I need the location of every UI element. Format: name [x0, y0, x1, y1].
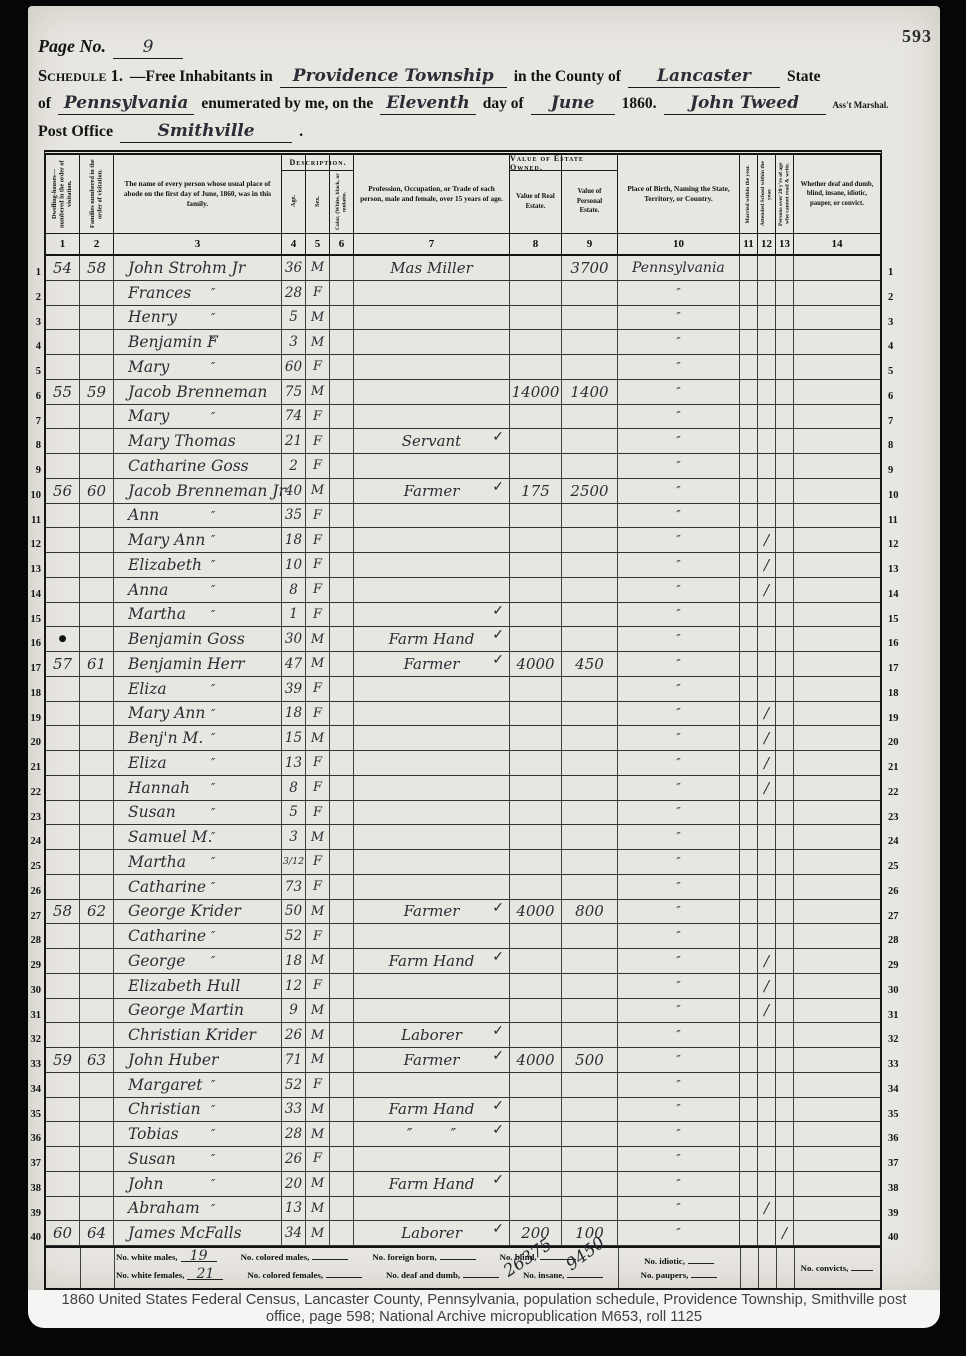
dwelling-cell — [46, 1073, 80, 1098]
table-row: Susan″5F″ — [46, 801, 880, 826]
dwelling-cell — [46, 306, 80, 331]
married-cell — [740, 900, 758, 925]
occupation-cell: Laborer✓ — [354, 1023, 510, 1048]
row-number: 1 — [36, 261, 41, 286]
cannot-read-cell — [776, 949, 794, 974]
color-cell — [330, 1147, 354, 1172]
name-cell: Abraham″ — [114, 1197, 282, 1222]
occupation-cell — [354, 454, 510, 479]
age-cell: 60 — [282, 355, 306, 380]
occupation-cell — [354, 776, 510, 801]
married-cell — [740, 1073, 758, 1098]
dwelling-cell — [46, 677, 80, 702]
real-estate-cell — [510, 256, 562, 281]
table-row: ●Benjamin Goss30MFarm Hand✓″ — [46, 627, 880, 652]
real-estate-cell — [510, 306, 562, 331]
cannot-read-cell — [776, 900, 794, 925]
sex-cell: M — [306, 1023, 330, 1048]
occupation-cell — [354, 355, 510, 380]
married-cell — [740, 454, 758, 479]
age-cell: 5 — [282, 306, 306, 331]
real-estate-cell — [510, 726, 562, 751]
school-cell — [758, 256, 776, 281]
married-cell — [740, 751, 758, 776]
school-cell — [758, 355, 776, 380]
color-cell — [330, 924, 354, 949]
cannot-read-cell — [776, 924, 794, 949]
remarks-cell — [794, 1147, 880, 1172]
school-cell — [758, 627, 776, 652]
name-cell: Mary″ — [114, 355, 282, 380]
remarks-cell — [794, 454, 880, 479]
married-cell — [740, 1197, 758, 1222]
remarks-cell — [794, 974, 880, 999]
name-cell: Mary Thomas — [114, 429, 282, 454]
table-row: George″18MFarm Hand✓″/ — [46, 949, 880, 974]
remarks-cell — [794, 1221, 880, 1246]
row-number: 26 — [888, 880, 899, 905]
age-cell: 8 — [282, 578, 306, 603]
dwelling-cell: ● — [46, 627, 80, 652]
check-mark: ✓ — [492, 949, 504, 965]
page-number-line: Page No. 9 — [38, 36, 183, 59]
sex-cell: F — [306, 603, 330, 628]
occupation-cell: Laborer✓ — [354, 1221, 510, 1246]
name-cell: Mary″ — [114, 405, 282, 430]
occupation-cell — [354, 702, 510, 727]
col-header-remarks: Whether deaf and dumb, blind, insane, id… — [794, 155, 880, 233]
check-mark: ✓ — [492, 652, 504, 668]
table-row: Catharine″73F″ — [46, 875, 880, 900]
age-cell: 28 — [282, 281, 306, 306]
personal-estate-cell — [562, 1122, 618, 1147]
personal-estate-cell — [562, 355, 618, 380]
family-cell: 60 — [80, 479, 114, 504]
family-cell — [80, 553, 114, 578]
cannot-read-cell — [776, 380, 794, 405]
school-cell — [758, 479, 776, 504]
column-number-row: 1 2 3 4 5 6 7 8 9 10 11 12 13 14 — [46, 234, 880, 256]
name-cell: John Strohm Jr — [114, 256, 282, 281]
birthplace-cell: ″ — [618, 825, 740, 850]
real-estate-cell — [510, 1122, 562, 1147]
table-row: Samuel M.″3M″ — [46, 825, 880, 850]
ditto-mark: ″ — [211, 1127, 215, 1141]
occupation-cell — [354, 380, 510, 405]
color-cell — [330, 825, 354, 850]
married-cell — [740, 924, 758, 949]
occupation-cell: Farmer✓ — [354, 479, 510, 504]
row-number: 1 — [888, 261, 893, 286]
remarks-cell — [794, 900, 880, 925]
school-cell — [758, 380, 776, 405]
enumerated-label: enumerated by me, on the — [201, 95, 373, 113]
birthplace-cell: ″ — [618, 380, 740, 405]
school-cell — [758, 603, 776, 628]
dwelling-cell: 55 — [46, 380, 80, 405]
table-row: Eliza″39F″ — [46, 677, 880, 702]
age-cell: 33 — [282, 1098, 306, 1123]
ditto-mark: ″ — [211, 781, 215, 795]
remarks-cell — [794, 1023, 880, 1048]
birthplace-cell: ″ — [618, 999, 740, 1024]
summary-item: No. colored males, — [241, 1252, 349, 1262]
married-cell — [740, 776, 758, 801]
school-cell: / — [758, 974, 776, 999]
cannot-read-cell — [776, 578, 794, 603]
summary-col10: No. idiotic,No. paupers, — [618, 1248, 740, 1288]
cannot-read-cell — [776, 256, 794, 281]
personal-estate-cell — [562, 776, 618, 801]
school-cell: / — [758, 726, 776, 751]
dwelling-cell — [46, 330, 80, 355]
caption-line-1: 1860 United States Federal Census, Lanca… — [28, 1292, 940, 1309]
family-cell — [80, 1098, 114, 1123]
real-estate-cell — [510, 330, 562, 355]
real-estate-cell — [510, 1073, 562, 1098]
married-cell — [740, 974, 758, 999]
row-number: 36 — [31, 1127, 42, 1152]
birthplace-cell: ″ — [618, 949, 740, 974]
married-cell — [740, 603, 758, 628]
table-row: Henry″5M″ — [46, 306, 880, 331]
occupation-cell — [354, 1073, 510, 1098]
ditto-mark: ″ — [211, 855, 215, 869]
color-cell — [330, 479, 354, 504]
age-cell: 30 — [282, 627, 306, 652]
row-number: 7 — [888, 410, 893, 435]
family-cell — [80, 578, 114, 603]
row-number: 12 — [31, 533, 42, 558]
birthplace-cell: ″ — [618, 355, 740, 380]
occupation-cell: Farmer✓ — [354, 900, 510, 925]
cannot-read-cell — [776, 1073, 794, 1098]
birthplace-cell: ″ — [618, 1197, 740, 1222]
occupation-cell: Servant✓ — [354, 429, 510, 454]
occupation-cell — [354, 924, 510, 949]
occupation-cell — [354, 875, 510, 900]
col-header-birthplace: Place of Birth, Naming the State, Territ… — [618, 155, 740, 233]
name-cell: Susan″ — [114, 1147, 282, 1172]
school-cell — [758, 1122, 776, 1147]
name-cell: Susan″ — [114, 801, 282, 826]
family-cell — [80, 281, 114, 306]
birthplace-cell: ″ — [618, 603, 740, 628]
birthplace-cell: ″ — [618, 306, 740, 331]
age-cell: 18 — [282, 528, 306, 553]
school-cell: / — [758, 553, 776, 578]
township-field: Providence Township — [280, 68, 507, 88]
remarks-cell — [794, 776, 880, 801]
married-cell — [740, 801, 758, 826]
married-cell — [740, 825, 758, 850]
remarks-cell — [794, 479, 880, 504]
ditto-mark: ″ — [211, 806, 215, 820]
real-estate-cell: 4000 — [510, 900, 562, 925]
personal-estate-cell — [562, 999, 618, 1024]
sex-cell: M — [306, 380, 330, 405]
real-estate-cell — [510, 1147, 562, 1172]
school-cell — [758, 429, 776, 454]
family-cell — [80, 924, 114, 949]
personal-estate-cell: 450 — [562, 652, 618, 677]
personal-estate-cell: 3700 — [562, 256, 618, 281]
school-cell — [758, 900, 776, 925]
row-number: 40 — [888, 1226, 899, 1251]
post-office-field: Smithville — [120, 123, 292, 143]
sex-cell: M — [306, 1122, 330, 1147]
occupation-cell: Farmer✓ — [354, 652, 510, 677]
row-number: 25 — [31, 855, 42, 880]
table-row: Frances″28F″ — [46, 281, 880, 306]
married-cell — [740, 652, 758, 677]
real-estate-cell — [510, 355, 562, 380]
year-label: 1860. — [622, 95, 657, 113]
remarks-cell — [794, 1122, 880, 1147]
row-number: 6 — [888, 385, 893, 410]
age-cell: 2 — [282, 454, 306, 479]
color-cell — [330, 751, 354, 776]
name-cell: Catharine″ — [114, 924, 282, 949]
birthplace-cell: ″ — [618, 1048, 740, 1073]
occupation-cell — [354, 553, 510, 578]
sex-cell: M — [306, 999, 330, 1024]
table-row: Anna″8F″/ — [46, 578, 880, 603]
row-number: 33 — [888, 1053, 899, 1078]
row-number: 15 — [31, 608, 42, 633]
schedule-title: —Free Inhabitants in — [130, 68, 273, 86]
real-estate-cell — [510, 751, 562, 776]
sex-cell: F — [306, 850, 330, 875]
ditto-mark: ″ — [211, 509, 215, 523]
row-number: 23 — [31, 806, 42, 831]
birthplace-cell: ″ — [618, 776, 740, 801]
cannot-read-cell — [776, 553, 794, 578]
table-row: Tobias″28M″ ″✓″ — [46, 1122, 880, 1147]
name-cell: George″ — [114, 949, 282, 974]
sex-cell: F — [306, 429, 330, 454]
row-number: 6 — [36, 385, 41, 410]
remarks-cell — [794, 1197, 880, 1222]
color-cell — [330, 801, 354, 826]
sex-cell: M — [306, 256, 330, 281]
birthplace-cell: ″ — [618, 627, 740, 652]
birthplace-cell: ″ — [618, 1221, 740, 1246]
family-cell — [80, 603, 114, 628]
family-cell — [80, 1147, 114, 1172]
row-number: 11 — [31, 509, 41, 534]
ditto-mark: ″ — [211, 533, 215, 547]
real-estate-cell — [510, 405, 562, 430]
name-cell: Ann″ — [114, 504, 282, 529]
color-cell — [330, 1221, 354, 1246]
table-row: Christian″33MFarm Hand✓″ — [46, 1098, 880, 1123]
sex-cell: M — [306, 1048, 330, 1073]
row-number: 19 — [31, 707, 42, 732]
table-row: Eliza″13F″/ — [46, 751, 880, 776]
post-office-line: Post Office Smithville . — [38, 123, 303, 143]
name-cell: George Martin — [114, 999, 282, 1024]
table-row: Martha″1F✓″ — [46, 603, 880, 628]
color-cell — [330, 1172, 354, 1197]
birthplace-cell: ″ — [618, 875, 740, 900]
name-cell: Christian Krider — [114, 1023, 282, 1048]
school-cell: / — [758, 578, 776, 603]
row-number: 27 — [31, 905, 42, 930]
remarks-cell — [794, 924, 880, 949]
summary-line-2: No. white females,21No. colored females,… — [116, 1270, 616, 1280]
cannot-read-cell — [776, 776, 794, 801]
row-number: 9 — [36, 459, 41, 484]
check-mark: ✓ — [492, 1172, 504, 1188]
birthplace-cell: ″ — [618, 330, 740, 355]
personal-estate-cell — [562, 850, 618, 875]
color-cell — [330, 1098, 354, 1123]
school-cell: / — [758, 999, 776, 1024]
ditto-mark: ″ — [211, 731, 215, 745]
age-cell: 28 — [282, 1122, 306, 1147]
color-cell — [330, 504, 354, 529]
age-cell: 20 — [282, 1172, 306, 1197]
remarks-cell — [794, 1172, 880, 1197]
sex-cell: M — [306, 1197, 330, 1222]
sex-cell: F — [306, 875, 330, 900]
family-cell: 58 — [80, 256, 114, 281]
dwelling-cell — [46, 801, 80, 826]
table-row: 5963John Huber71MFarmer✓4000500″ — [46, 1048, 880, 1073]
name-cell: Eliza″ — [114, 677, 282, 702]
dwelling-cell: 59 — [46, 1048, 80, 1073]
married-cell — [740, 553, 758, 578]
color-cell — [330, 1073, 354, 1098]
occupation-cell: Mas Miller — [354, 256, 510, 281]
real-estate-cell — [510, 504, 562, 529]
remarks-cell — [794, 553, 880, 578]
page-number-value: 9 — [113, 39, 183, 59]
sex-cell: F — [306, 1147, 330, 1172]
name-cell: Benjamin F″ — [114, 330, 282, 355]
table-header: Description. Value of Estate Owned. Dwel… — [46, 155, 880, 234]
occupation-cell — [354, 974, 510, 999]
occupation-cell — [354, 504, 510, 529]
row-number: 26 — [31, 880, 42, 905]
personal-estate-cell — [562, 974, 618, 999]
school-cell — [758, 281, 776, 306]
check-mark: ✓ — [492, 1048, 504, 1064]
name-cell: Elizabeth Hull — [114, 974, 282, 999]
table-row: Catharine Goss2F″ — [46, 454, 880, 479]
family-cell — [80, 702, 114, 727]
cannot-read-cell — [776, 974, 794, 999]
color-cell — [330, 1122, 354, 1147]
row-number: 14 — [31, 583, 42, 608]
dwelling-cell: 58 — [46, 900, 80, 925]
family-cell: 62 — [80, 900, 114, 925]
family-cell: 61 — [80, 652, 114, 677]
occupation-cell — [354, 751, 510, 776]
sex-cell: F — [306, 355, 330, 380]
birthplace-cell: ″ — [618, 652, 740, 677]
school-cell — [758, 1147, 776, 1172]
name-cell: John″ — [114, 1172, 282, 1197]
row-number: 30 — [888, 979, 899, 1004]
sex-cell: F — [306, 801, 330, 826]
school-cell — [758, 1172, 776, 1197]
personal-estate-cell — [562, 677, 618, 702]
name-cell: Christian″ — [114, 1098, 282, 1123]
cannot-read-cell — [776, 801, 794, 826]
sex-cell: F — [306, 281, 330, 306]
sex-cell: F — [306, 1073, 330, 1098]
name-cell: George Krider — [114, 900, 282, 925]
row-number: 16 — [888, 632, 899, 657]
row-number: 8 — [36, 434, 41, 459]
sex-cell: M — [306, 330, 330, 355]
birthplace-cell: ″ — [618, 578, 740, 603]
age-cell: 47 — [282, 652, 306, 677]
occupation-cell — [354, 999, 510, 1024]
age-cell: 1 — [282, 603, 306, 628]
sex-cell: F — [306, 528, 330, 553]
row-number: 14 — [888, 583, 899, 608]
row-number: 19 — [888, 707, 899, 732]
birthplace-cell: ″ — [618, 1023, 740, 1048]
sex-cell: F — [306, 553, 330, 578]
sex-cell: M — [306, 1172, 330, 1197]
dwelling-cell — [46, 1197, 80, 1222]
birthplace-cell: ″ — [618, 677, 740, 702]
cannot-read-cell — [776, 355, 794, 380]
married-cell — [740, 256, 758, 281]
cannot-read-cell — [776, 1023, 794, 1048]
age-cell: 73 — [282, 875, 306, 900]
check-mark: ✓ — [492, 627, 504, 643]
remarks-cell — [794, 256, 880, 281]
color-cell — [330, 355, 354, 380]
occupation-cell — [354, 825, 510, 850]
family-cell — [80, 949, 114, 974]
cannot-read-cell — [776, 1098, 794, 1123]
age-cell: 34 — [282, 1221, 306, 1246]
occupation-cell — [354, 528, 510, 553]
name-cell: Margaret″ — [114, 1073, 282, 1098]
personal-estate-cell: 1400 — [562, 380, 618, 405]
row-number: 20 — [31, 731, 42, 756]
real-estate-cell — [510, 1098, 562, 1123]
census-table: Description. Value of Estate Owned. Dwel… — [44, 150, 882, 1292]
summary-item: No. white females,21 — [116, 1270, 223, 1280]
dwelling-cell — [46, 454, 80, 479]
age-cell: 9 — [282, 999, 306, 1024]
married-cell — [740, 1221, 758, 1246]
occupation-cell: ″ ″✓ — [354, 1122, 510, 1147]
name-cell: Jacob Brenneman — [114, 380, 282, 405]
age-cell: 3 — [282, 825, 306, 850]
family-cell — [80, 355, 114, 380]
row-number: 36 — [888, 1127, 899, 1152]
row-number: 10 — [31, 484, 42, 509]
school-cell — [758, 1098, 776, 1123]
col-header-color: Color, {White, black, or mulatto. — [330, 155, 354, 233]
occupation-cell — [354, 850, 510, 875]
row-number: 34 — [31, 1078, 42, 1103]
color-cell — [330, 1048, 354, 1073]
row-number: 2 — [36, 286, 41, 311]
color-cell — [330, 627, 354, 652]
color-cell — [330, 949, 354, 974]
color-cell — [330, 578, 354, 603]
family-cell — [80, 330, 114, 355]
